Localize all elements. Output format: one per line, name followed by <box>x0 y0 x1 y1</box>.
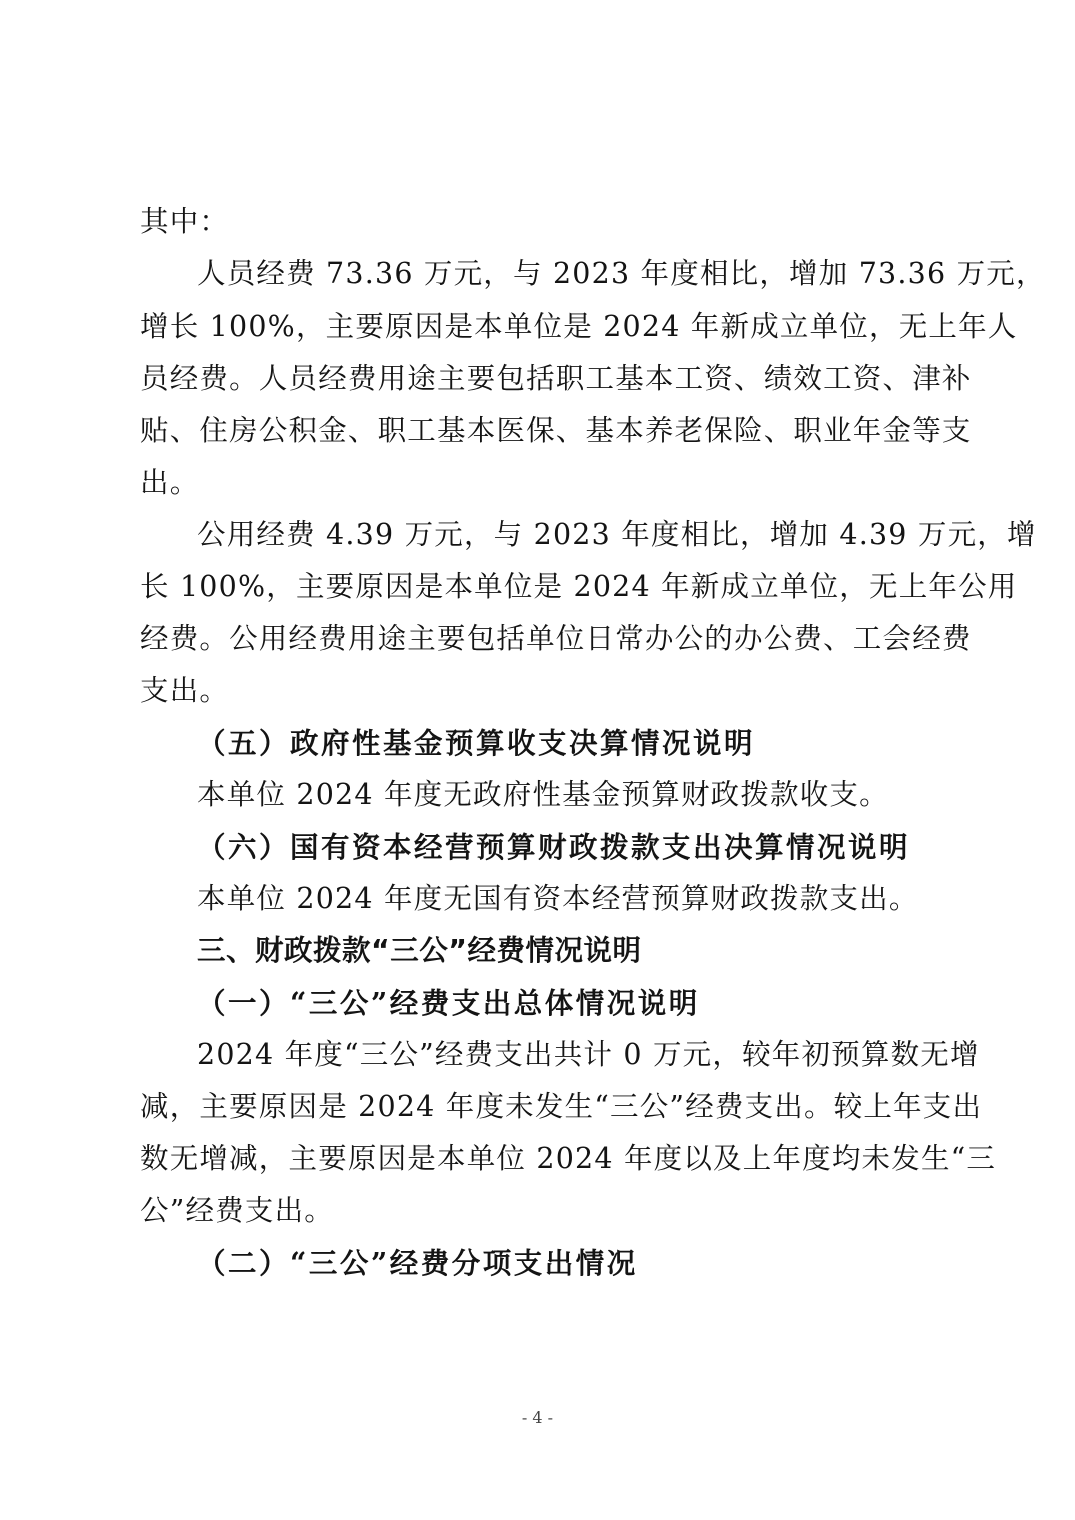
personnel-expense-line-3: 员经费。人员经费用途主要包括职工基本工资、绩效工资、津补 <box>140 361 940 397</box>
subsection-heading-1: （一）“三公”经费支出总体情况说明 <box>197 985 997 1021</box>
personnel-expense-line-1: 人员经费 73.36 万元，与 2023 年度相比，增加 73.36 万元， <box>197 256 940 292</box>
public-expense-line-4: 支出。 <box>140 673 940 709</box>
three-public-line-2: 减，主要原因是 2024 年度未发生“三公”经费支出。较上年支出 <box>140 1089 940 1125</box>
three-public-line-4: 公”经费支出。 <box>140 1193 940 1229</box>
section-heading-6: （六）国有资本经营预算财政拨款支出决算情况说明 <box>197 829 997 865</box>
paragraph-intro: 其中： <box>140 204 940 240</box>
section-5-body: 本单位 2024 年度无政府性基金预算财政拨款收支。 <box>197 777 940 813</box>
page-number: - 4 - <box>0 1408 1075 1427</box>
subsection-heading-2: （二）“三公”经费分项支出情况 <box>197 1245 997 1281</box>
chapter-heading-3: 三、财政拨款“三公”经费情况说明 <box>197 933 997 969</box>
section-6-body: 本单位 2024 年度无国有资本经营预算财政拨款支出。 <box>197 881 940 917</box>
public-expense-line-1: 公用经费 4.39 万元，与 2023 年度相比，增加 4.39 万元，增 <box>197 517 940 553</box>
personnel-expense-line-4: 贴、住房公积金、职工基本医保、基本养老保险、职业年金等支 <box>140 413 940 449</box>
public-expense-line-2: 长 100%，主要原因是本单位是 2024 年新成立单位，无上年公用 <box>140 569 940 605</box>
three-public-line-3: 数无增减，主要原因是本单位 2024 年度以及上年度均未发生“三 <box>140 1141 940 1177</box>
personnel-expense-line-2: 增长 100%，主要原因是本单位是 2024 年新成立单位，无上年人 <box>140 309 940 345</box>
public-expense-line-3: 经费。公用经费用途主要包括单位日常办公的办公费、工会经费 <box>140 621 940 657</box>
three-public-line-1: 2024 年度“三公”经费支出共计 0 万元，较年初预算数无增 <box>197 1037 940 1073</box>
personnel-expense-line-5: 出。 <box>140 465 940 501</box>
section-heading-5: （五）政府性基金预算收支决算情况说明 <box>197 725 997 761</box>
